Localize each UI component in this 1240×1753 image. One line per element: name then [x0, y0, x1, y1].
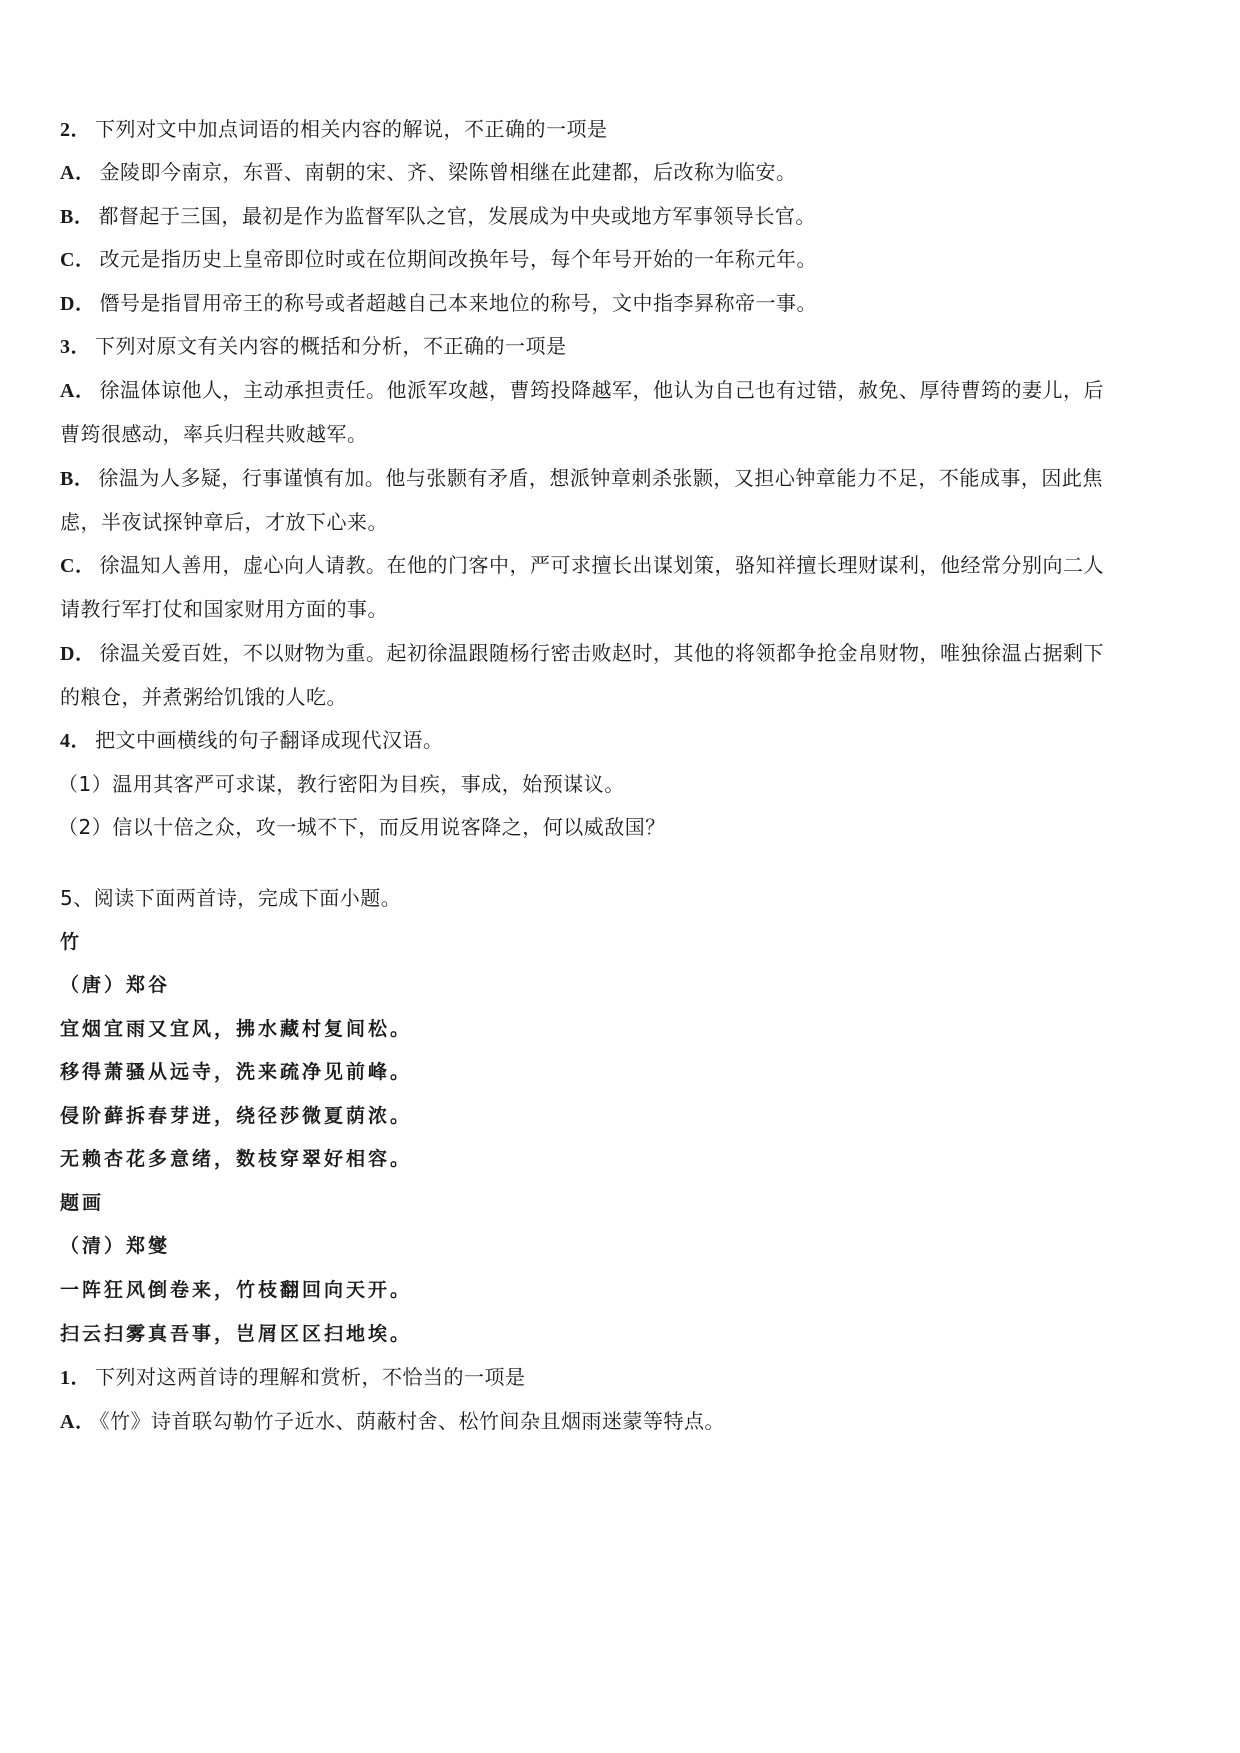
- option-label: A．: [60, 1411, 95, 1433]
- q2-stem-text: 下列对文中加点词语的相关内容的解说，不正确的一项是: [95, 117, 608, 141]
- poem-title-text: 题画: [60, 1192, 104, 1214]
- option-label: B．: [60, 206, 94, 228]
- option-label: C．: [60, 249, 95, 271]
- poem-line-text: 移得萧骚从远寺，洗来疏净见前峰。: [60, 1061, 412, 1083]
- q4-item-2: （2）信以十倍之众，攻一城不下，而反用说客降之，何以威敌国？: [58, 813, 666, 841]
- poem-line-text: 无赖杏花多意绪，数枝穿翠好相容。: [60, 1148, 412, 1170]
- q4-stem-text: 把文中画横线的句子翻译成现代汉语。: [95, 728, 444, 752]
- option-label: D．: [60, 293, 95, 315]
- option-text: 请教行军打仗和国家财用方面的事。: [60, 597, 388, 621]
- poem1-title: 竹: [60, 928, 82, 956]
- q3-stem-text: 下列对原文有关内容的概括和分析，不正确的一项是: [95, 334, 567, 358]
- option-label: B．: [60, 468, 94, 490]
- poem1-line-1: 宜烟宜雨又宜风，拂水藏村复间松。: [60, 1015, 412, 1043]
- exam-page: 2．下列对文中加点词语的相关内容的解说，不正确的一项是 A．金陵即今南京，东晋、…: [0, 0, 1240, 1753]
- poem-author-text: （唐）郑谷: [60, 974, 170, 996]
- poem1-line-2: 移得萧骚从远寺，洗来疏净见前峰。: [60, 1058, 412, 1086]
- q4-number: 4．: [60, 730, 91, 752]
- q2-option-b: B．都督起于三国，最初是作为监督军队之官，发展成为中央或地方军事领导长官。: [60, 202, 816, 231]
- option-text: 的粮仓，并煮粥给饥饿的人吃。: [60, 685, 347, 709]
- q2-option-d: D．僭号是指冒用帝王的称号或者超越自己本来地位的称号，文中指李昪称帝一事。: [60, 289, 817, 318]
- q2-option-a: A．金陵即今南京，东晋、南朝的宋、齐、梁陈曾相继在此建都，后改称为临安。: [60, 158, 796, 187]
- poem-title-text: 竹: [60, 931, 82, 953]
- poem2-title: 题画: [60, 1189, 104, 1217]
- option-label: D．: [60, 643, 95, 665]
- q2-option-c: C．改元是指历史上皇帝即位时或在位期间改换年号，每个年号开始的一年称元年。: [60, 245, 817, 274]
- poem2-line-2: 扫云扫雾真吾事，岂屑区区扫地埃。: [60, 1320, 412, 1348]
- option-text: 徐温知人善用，虚心向人请教。在他的门客中，严可求擅长出谋划策，骆知祥擅长理财谋利…: [99, 553, 1104, 577]
- option-text: 徐温关爱百姓，不以财物为重。起初徐温跟随杨行密击败赵时，其他的将领都争抢金帛财物…: [99, 641, 1104, 665]
- option-label: C．: [60, 555, 95, 577]
- q3-option-a-continued: 曹筠很感动，率兵归程共败越军。: [60, 420, 368, 448]
- option-text: 虑，半夜试探钟章后，才放下心来。: [60, 510, 388, 534]
- q3-number: 3．: [60, 336, 91, 358]
- q4-item-1: （1）温用其客严可求谋，教行密阳为目疾，事成，始预谋议。: [58, 770, 625, 798]
- q2-number: 2．: [60, 119, 91, 141]
- poem-author-text: （清）郑燮: [60, 1235, 170, 1257]
- q5-sub1-stem-text: 下列对这两首诗的理解和赏析，不恰当的一项是: [95, 1365, 526, 1389]
- option-label: A．: [60, 162, 95, 184]
- poem1-line-4: 无赖杏花多意绪，数枝穿翠好相容。: [60, 1145, 412, 1173]
- q3-option-b-continued: 虑，半夜试探钟章后，才放下心来。: [60, 508, 388, 536]
- q5-sub1-stem: 1．下列对这两首诗的理解和赏析，不恰当的一项是: [60, 1363, 526, 1392]
- option-text: 曹筠很感动，率兵归程共败越军。: [60, 422, 368, 446]
- poem1-line-3: 侵阶藓拆春芽迸，绕径莎微夏荫浓。: [60, 1102, 412, 1130]
- poem-line-text: 侵阶藓拆春芽迸，绕径莎微夏荫浓。: [60, 1105, 412, 1127]
- q5-intro-text: 5、阅读下面两首诗，完成下面小题。: [60, 886, 401, 910]
- q5-intro: 5、阅读下面两首诗，完成下面小题。: [60, 884, 401, 912]
- translation-sentence: （2）信以十倍之众，攻一城不下，而反用说客降之，何以威敌国？: [58, 815, 666, 839]
- q3-option-d: D．徐温关爱百姓，不以财物为重。起初徐温跟随杨行密击败赵时，其他的将领都争抢金帛…: [60, 639, 1104, 668]
- poem-line-text: 扫云扫雾真吾事，岂屑区区扫地埃。: [60, 1323, 412, 1345]
- q3-option-c-continued: 请教行军打仗和国家财用方面的事。: [60, 595, 388, 623]
- poem2-author: （清）郑燮: [60, 1232, 170, 1260]
- translation-sentence: （1）温用其客严可求谋，教行密阳为目疾，事成，始预谋议。: [58, 772, 625, 796]
- q4-stem: 4．把文中画横线的句子翻译成现代汉语。: [60, 726, 444, 755]
- option-text: 《竹》诗首联勾勒竹子近水、荫蔽村舍、松竹间杂且烟雨迷蒙等特点。: [99, 1409, 725, 1433]
- option-text: 都督起于三国，最初是作为监督军队之官，发展成为中央或地方军事领导长官。: [98, 204, 816, 228]
- q3-stem: 3．下列对原文有关内容的概括和分析，不正确的一项是: [60, 332, 567, 361]
- poem-line-text: 一阵狂风倒卷来，竹枝翻回向天开。: [60, 1279, 412, 1301]
- q3-option-c: C．徐温知人善用，虚心向人请教。在他的门客中，严可求擅长出谋划策，骆知祥擅长理财…: [60, 551, 1104, 580]
- option-label: A．: [60, 380, 95, 402]
- option-text: 僭号是指冒用帝王的称号或者超越自己本来地位的称号，文中指李昪称帝一事。: [99, 291, 817, 315]
- option-text: 改元是指历史上皇帝即位时或在位期间改换年号，每个年号开始的一年称元年。: [99, 247, 817, 271]
- q5-sub1-option-a: A．《竹》诗首联勾勒竹子近水、荫蔽村舍、松竹间杂且烟雨迷蒙等特点。: [60, 1407, 725, 1436]
- option-text: 金陵即今南京，东晋、南朝的宋、齐、梁陈曾相继在此建都，后改称为临安。: [99, 160, 796, 184]
- poem-line-text: 宜烟宜雨又宜风，拂水藏村复间松。: [60, 1018, 412, 1040]
- q5-sub1-number: 1．: [60, 1367, 91, 1389]
- option-text: 徐温体谅他人，主动承担责任。他派军攻越，曹筠投降越军，他认为自己也有过错，赦免、…: [99, 378, 1104, 402]
- poem2-line-1: 一阵狂风倒卷来，竹枝翻回向天开。: [60, 1276, 412, 1304]
- q2-stem: 2．下列对文中加点词语的相关内容的解说，不正确的一项是: [60, 115, 608, 144]
- q3-option-a: A．徐温体谅他人，主动承担责任。他派军攻越，曹筠投降越军，他认为自己也有过错，赦…: [60, 376, 1104, 405]
- q3-option-b: B．徐温为人多疑，行事谨慎有加。他与张颢有矛盾，想派钟章刺杀张颢，又担心钟章能力…: [60, 464, 1103, 493]
- q3-option-d-continued: 的粮仓，并煮粥给饥饿的人吃。: [60, 683, 347, 711]
- option-text: 徐温为人多疑，行事谨慎有加。他与张颢有矛盾，想派钟章刺杀张颢，又担心钟章能力不足…: [98, 466, 1103, 490]
- poem1-author: （唐）郑谷: [60, 971, 170, 999]
